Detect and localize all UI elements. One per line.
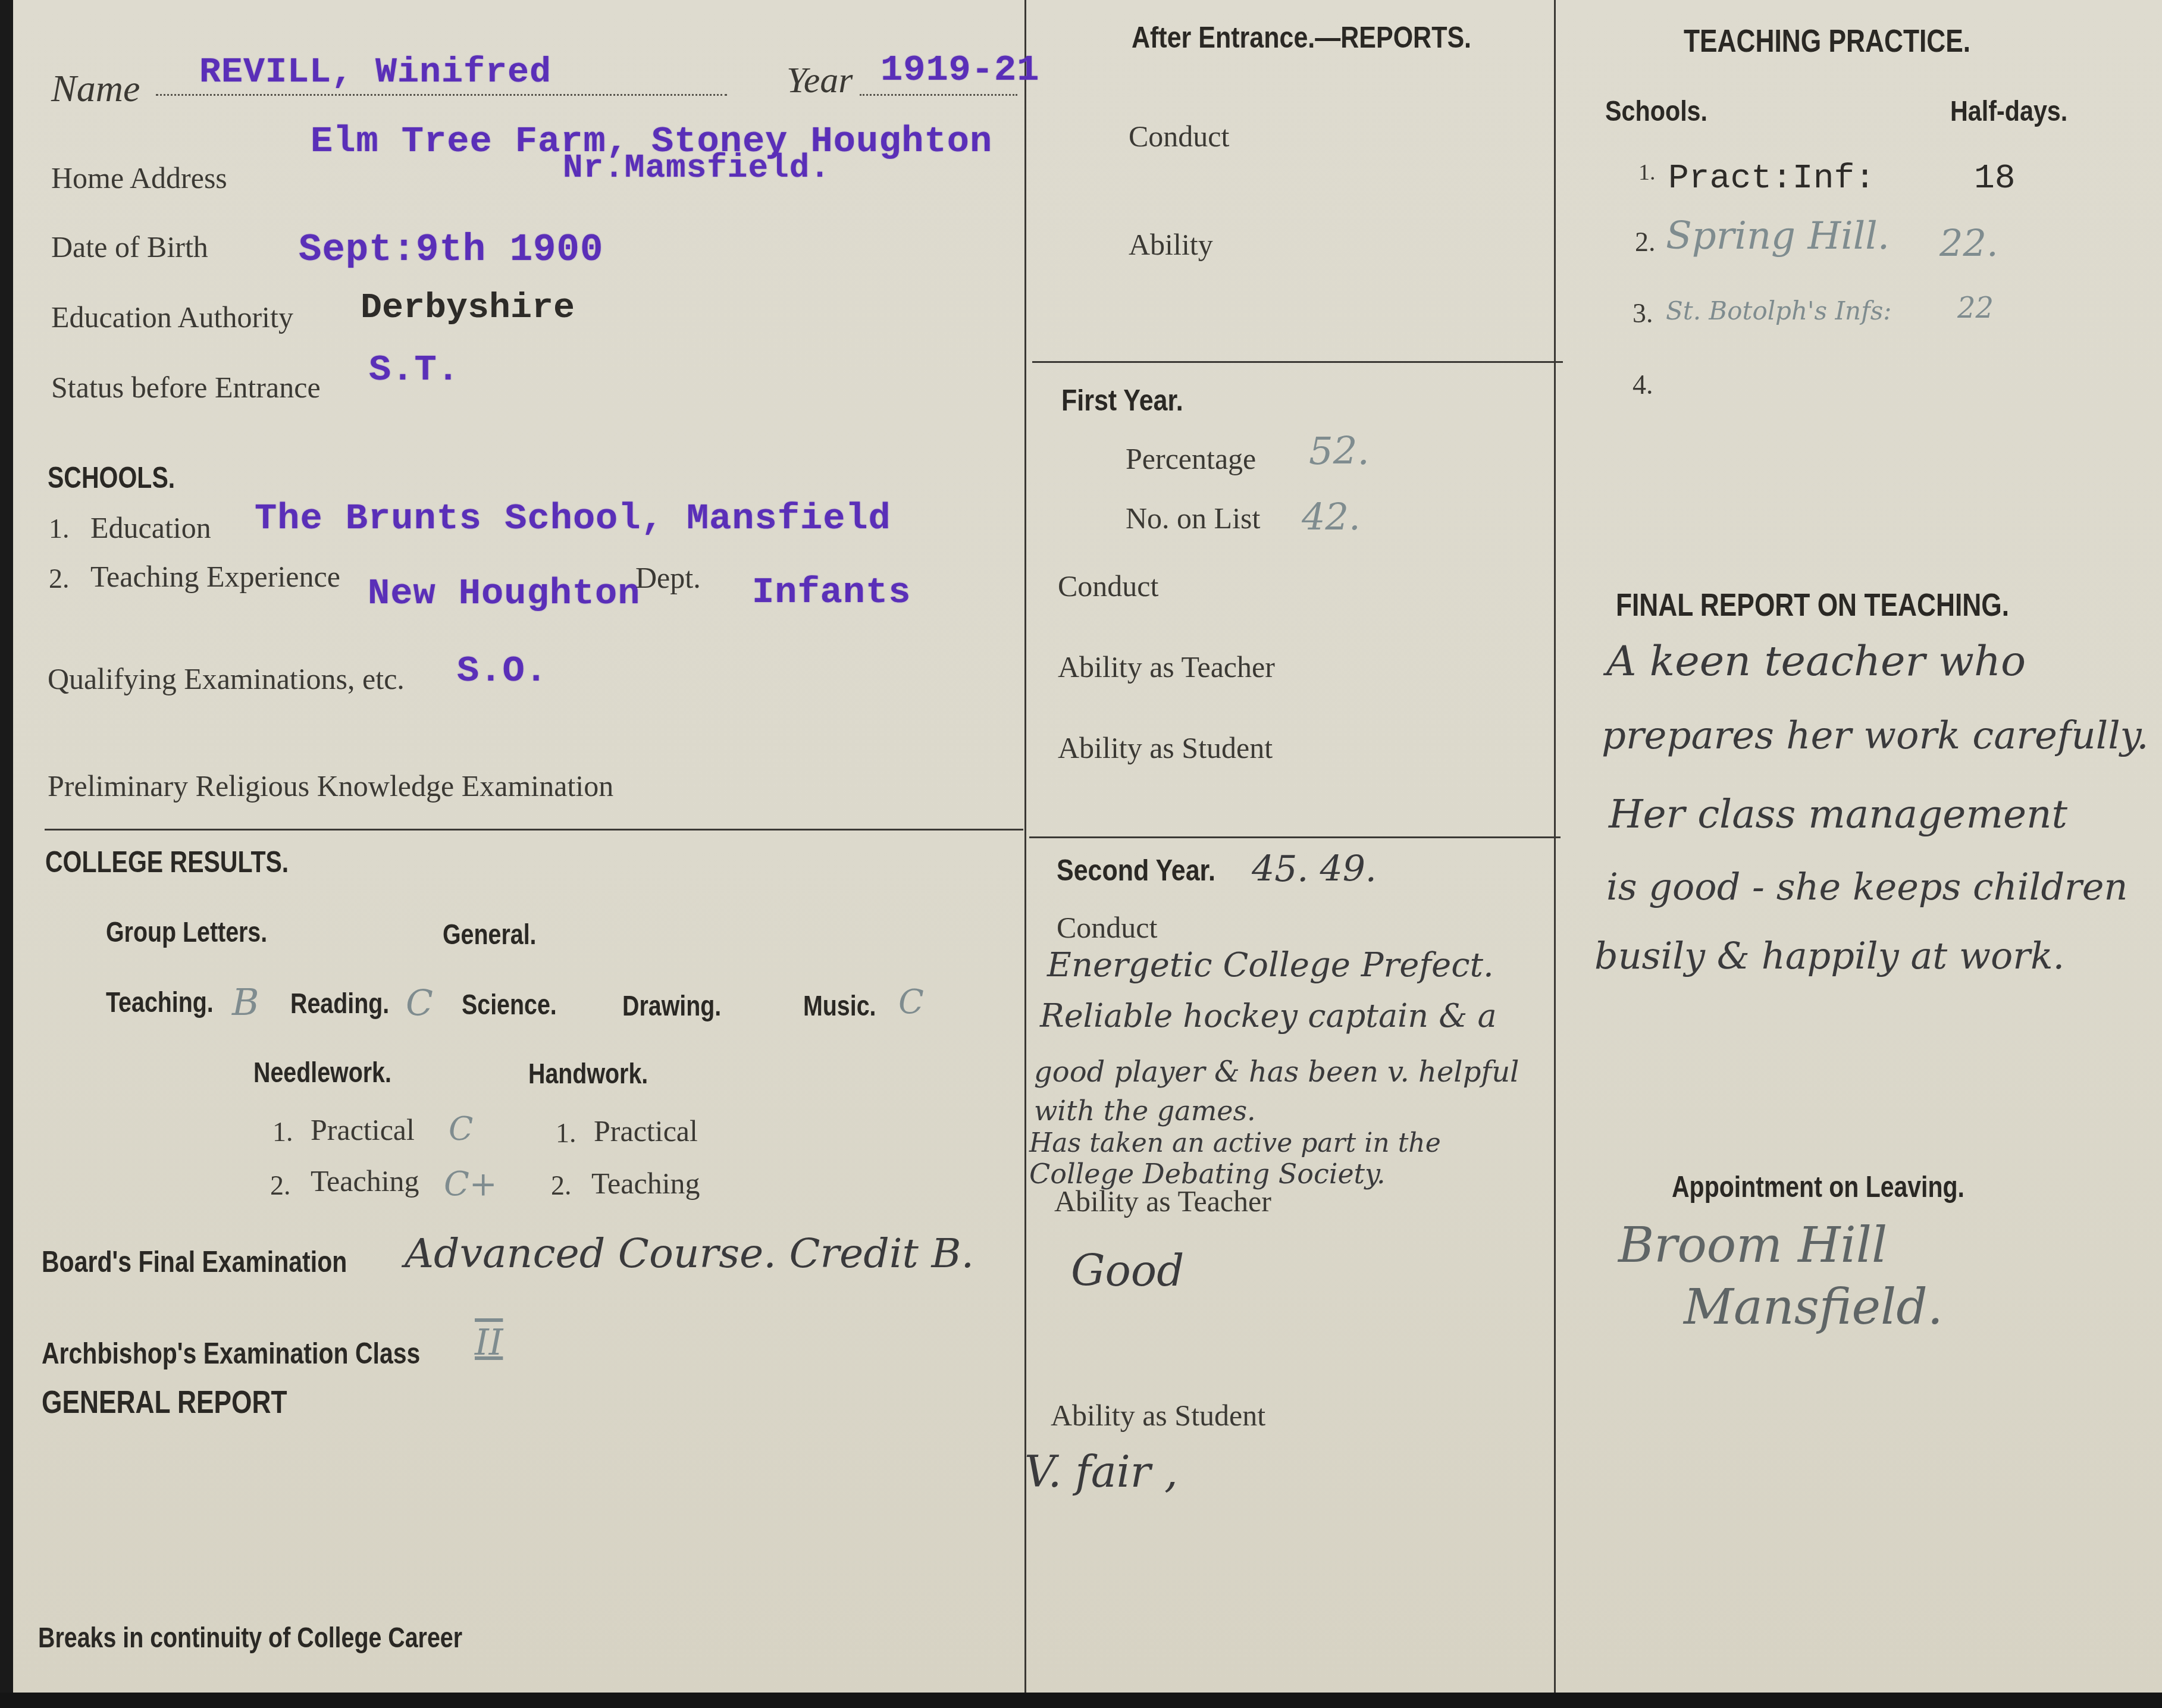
status-label: Status before Entrance <box>51 370 321 405</box>
final-report-line-1: A keen teacher who <box>1606 637 2026 685</box>
subject-reading-grade: C <box>406 983 433 1024</box>
subject-reading-label: Reading. <box>290 988 389 1020</box>
handwork-teaching-num: 2. <box>551 1170 572 1201</box>
practice-halfdays: 18 <box>1974 159 2016 198</box>
handwork-label: Handwork. <box>528 1058 648 1090</box>
scan-edge-bottom <box>0 1693 2162 1708</box>
year-label: Year <box>787 59 853 102</box>
first-year-student-label: Ability as Student <box>1058 731 1273 765</box>
name-value: REVILL, Winifred <box>199 52 552 93</box>
conduct-extra-line-1: Has taken an active part in the <box>1029 1128 1441 1158</box>
handwork-teaching-label: Teaching <box>591 1166 700 1201</box>
percentage-value: 52. <box>1309 430 1370 474</box>
practice-halfdays: 22. <box>1939 221 1998 265</box>
divider-left-middle <box>1024 0 1026 1693</box>
name-label: Name <box>51 67 140 111</box>
archbishop-value: II <box>475 1322 503 1364</box>
practice-row-num: 3. <box>1633 297 1653 329</box>
divider-entrance-firstyear <box>1032 361 1563 363</box>
divider-schools-results <box>45 829 1023 831</box>
religious-knowledge-label: Preliminary Religious Knowledge Examinat… <box>48 769 613 803</box>
handwork-practical-label: Practical <box>594 1114 698 1148</box>
conduct-line-1: Energetic College Prefect. <box>1047 946 1494 985</box>
general-label: General. <box>443 919 537 951</box>
conduct-line-2: Reliable hockey captain & a <box>1040 997 1497 1035</box>
final-report-line-4: is good - she keeps children <box>1606 865 2127 908</box>
percentage-label: Percentage <box>1126 441 1256 476</box>
second-year-teacher-label: Ability as Teacher <box>1054 1184 1271 1218</box>
second-year-student-label: Ability as Student <box>1051 1398 1265 1433</box>
final-report-heading: FINAL REPORT ON TEACHING. <box>1616 587 2009 623</box>
appointment-line-1: Broom Hill <box>1618 1217 1887 1274</box>
divider-middle-right <box>1554 0 1556 1693</box>
college-results-heading: COLLEGE RESULTS. <box>45 845 289 879</box>
subject-music-label: Music. <box>803 990 876 1023</box>
appointment-heading: Appointment on Leaving. <box>1672 1170 1964 1204</box>
dob-value: Sept:9th 1900 <box>299 229 603 272</box>
practice-halfdays: 22 <box>1957 292 1994 325</box>
practice-school: St. Botolph's Infs: <box>1666 296 1891 325</box>
handwork-practical-num: 1. <box>556 1117 576 1149</box>
entrance-conduct-label: Conduct <box>1129 119 1229 153</box>
scan-edge-left <box>0 0 13 1708</box>
conduct-line-4: with the games. <box>1034 1095 1256 1127</box>
subject-music-grade: C <box>898 983 924 1021</box>
teaching-experience-value: New Houghton <box>368 572 640 615</box>
practice-row-num: 2. <box>1635 226 1656 258</box>
dob-label: Date of Birth <box>51 230 208 264</box>
teaching-experience-label: Teaching Experience <box>90 559 340 594</box>
breaks-label: Breaks in continuity of College Career <box>38 1622 462 1654</box>
schools-heading: SCHOOLS. <box>48 460 175 495</box>
reports-heading: After Entrance.—REPORTS. <box>1132 20 1471 55</box>
second-year-conduct-label: Conduct <box>1057 910 1157 945</box>
education-value: The Brunts School, Mansfield <box>255 497 891 540</box>
first-year-heading: First Year. <box>1061 383 1183 418</box>
dept-value: Infants <box>752 571 911 613</box>
year-value: 1919-21 <box>881 49 1039 91</box>
final-report-line-2: prepares her work carefully. <box>1602 714 2149 758</box>
practice-row-num: 4. <box>1633 369 1653 400</box>
subject-teaching-label: Teaching. <box>106 986 214 1019</box>
first-year-teacher-label: Ability as Teacher <box>1058 650 1275 684</box>
education-authority-label: Education Authority <box>51 300 293 334</box>
home-address-label: Home Address <box>51 161 227 195</box>
needlework-teaching-grade: C+ <box>444 1165 497 1204</box>
needlework-label: Needlework. <box>253 1057 391 1089</box>
appointment-line-2: Mansfield. <box>1684 1279 1943 1336</box>
second-year-student-value: V. fair , <box>1024 1447 1178 1497</box>
education-num: 1. <box>49 513 70 544</box>
list-label: No. on List <box>1126 501 1260 535</box>
final-report-line-3: Her class management <box>1609 791 2067 837</box>
subject-science-label: Science. <box>462 989 557 1021</box>
boards-final-value: Advanced Course. Credit B. <box>405 1230 974 1277</box>
general-report-label: GENERAL REPORT <box>42 1384 287 1421</box>
teaching-num: 2. <box>49 563 70 594</box>
list-value: 42. <box>1302 495 1361 538</box>
second-year-heading: Second Year. <box>1057 853 1215 888</box>
practice-school: Spring Hill. <box>1666 214 1890 258</box>
practice-row-num: 1. <box>1638 159 1656 186</box>
qualifying-value: S.O. <box>457 650 548 692</box>
subject-drawing-label: Drawing. <box>622 990 721 1023</box>
divider-firstyear-secondyear <box>1029 836 1561 838</box>
practice-school: Pract:Inf: <box>1668 159 1875 198</box>
needlework-practical-grade: C <box>449 1110 473 1148</box>
archbishop-label: Archbishop's Examination Class <box>42 1336 420 1371</box>
schools-column-label: Schools. <box>1605 95 1707 128</box>
needlework-practical-num: 1. <box>272 1116 293 1148</box>
halfdays-column-label: Half-days. <box>1950 95 2067 128</box>
qualifying-label: Qualifying Examinations, etc. <box>48 662 405 696</box>
dept-label: Dept. <box>635 560 701 595</box>
needlework-practical-label: Practical <box>311 1112 415 1147</box>
second-year-teacher-value: Good <box>1071 1246 1184 1296</box>
education-authority-value: Derbyshire <box>361 288 575 328</box>
subject-teaching-grade: B <box>232 980 259 1024</box>
teaching-practice-heading: TEACHING PRACTICE. <box>1684 23 1970 59</box>
final-report-line-5: busily & happily at work. <box>1594 934 2064 977</box>
needlework-teaching-num: 2. <box>270 1170 291 1201</box>
status-value: S.T. <box>369 349 460 391</box>
first-year-conduct-label: Conduct <box>1058 569 1158 603</box>
home-address-line2: Nr.Mamsfield. <box>563 149 831 187</box>
boards-final-label: Board's Final Examination <box>42 1245 347 1279</box>
name-dotted-line <box>156 94 727 96</box>
group-letters-label: Group Letters. <box>106 916 267 949</box>
conduct-line-3: good player & has been v. helpful <box>1034 1055 1519 1089</box>
education-label: Education <box>90 510 211 545</box>
second-year-scores: 45. 49. <box>1252 848 1377 890</box>
needlework-teaching-label: Teaching <box>311 1164 419 1198</box>
year-dotted-line <box>860 94 1017 96</box>
entrance-ability-label: Ability <box>1129 227 1213 262</box>
